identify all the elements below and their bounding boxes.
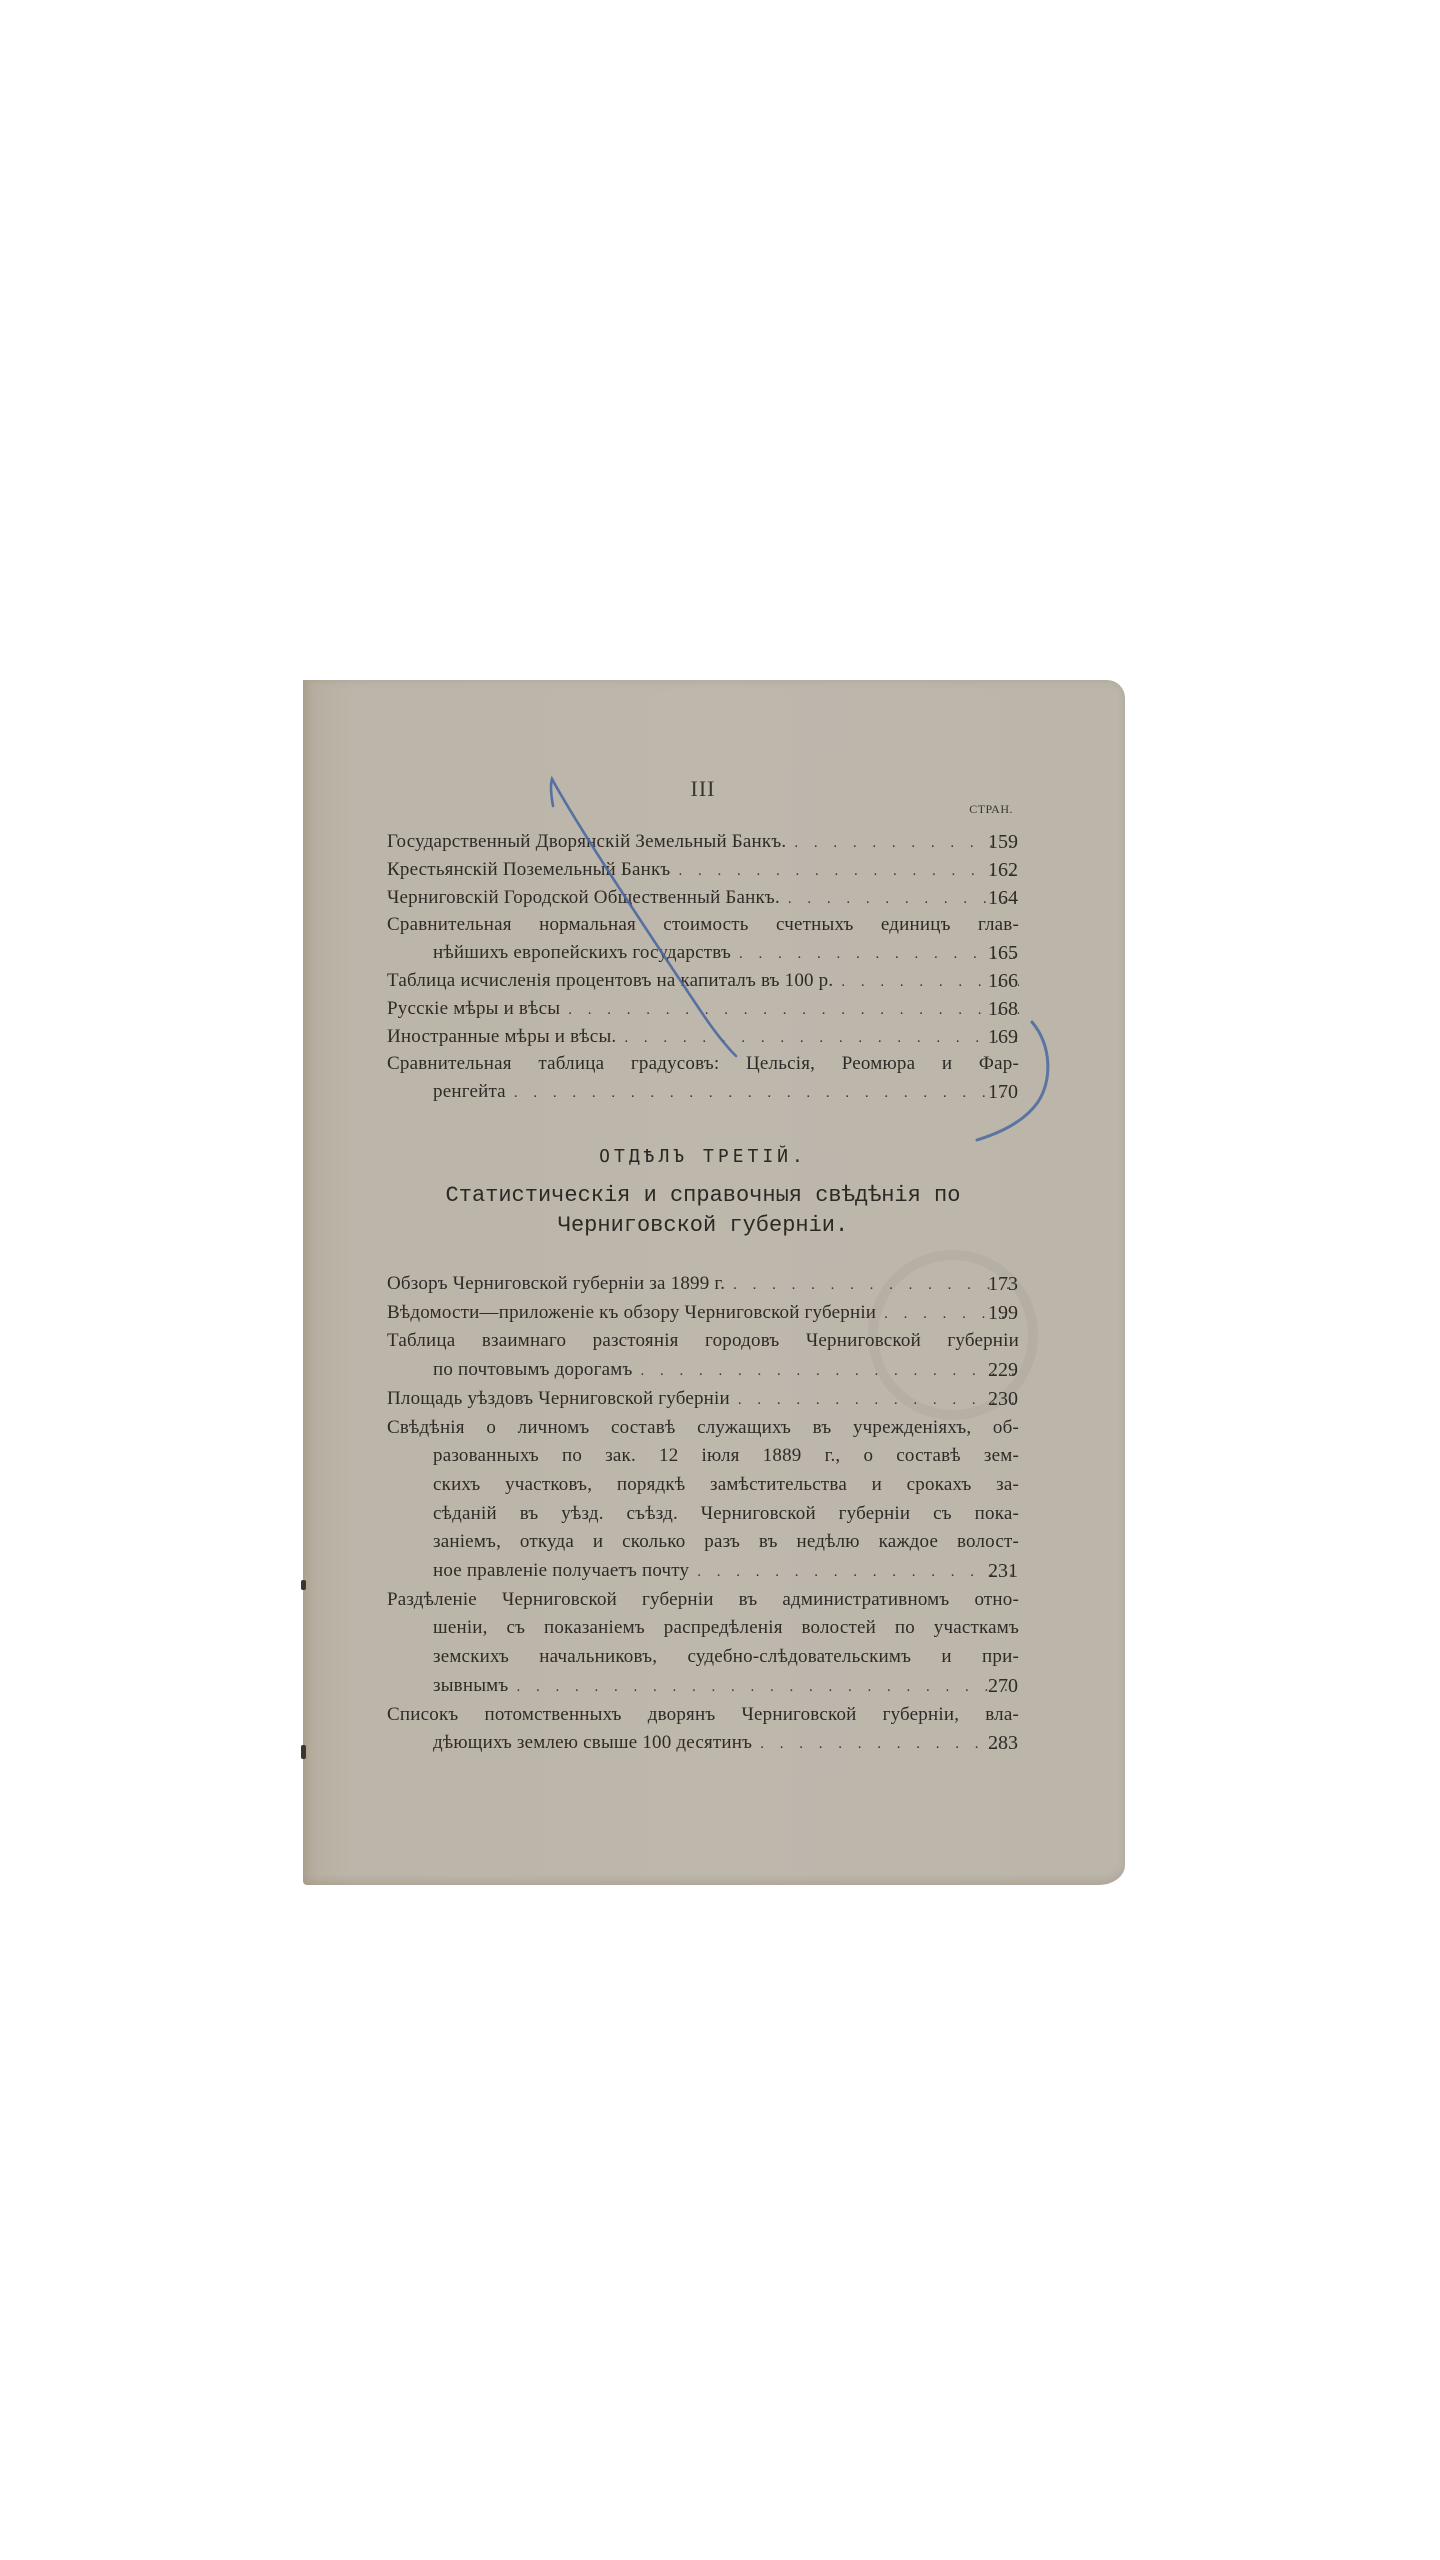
toc-entry-line: сѣданій въ уѣзд. съѣзд. Черниговской губ…	[433, 1501, 1019, 1527]
toc-entry-text: Сравнительная нормальная стоимость счетн…	[387, 912, 1019, 938]
toc-entry-line: Иностранные мѣры и вѣсы.	[387, 1024, 1019, 1050]
toc-entry-text: Таблица исчисленія процентовъ на капитал…	[387, 968, 833, 994]
dot-leader	[733, 1272, 1019, 1298]
toc-entry-text: ренгейта	[433, 1079, 506, 1105]
toc-entry-line: разованныхъ по зак. 12 іюля 1889 г., о с…	[433, 1443, 1019, 1469]
toc-entry-text: зывнымъ	[433, 1673, 508, 1699]
toc-entry-text: сѣданій въ уѣзд. съѣзд. Черниговской губ…	[433, 1501, 1019, 1527]
toc-entry-text: ное правленіе получаетъ почту	[433, 1558, 689, 1584]
toc-entry-text: скихъ участковъ, порядкѣ замѣстительства…	[433, 1472, 1019, 1498]
book-page: III СТРАН. 159Государственный Дворянскій…	[303, 680, 1125, 1885]
page-folio-number: III	[303, 776, 1103, 802]
toc-entry-text: нѣйшихъ европейскихъ государствъ	[433, 940, 731, 966]
toc-entry-text: заніемъ, откуда и сколько разъ въ недѣлю…	[433, 1529, 1019, 1555]
toc-entry-text: земскихъ начальниковъ, судебно-слѣдовате…	[433, 1644, 1019, 1670]
dot-leader	[738, 1387, 1019, 1413]
toc-entry-text: Вѣдомости—приложеніе къ обзору Черниговс…	[387, 1300, 876, 1326]
toc-entry-line: Площадь уѣздовъ Черниговской губерніи	[387, 1386, 1019, 1412]
toc-entry-line: Таблица исчисленія процентовъ на капитал…	[387, 968, 1019, 994]
section-three-subtitle-line1: Статистическія и справочныя свѣдѣнія по	[303, 1183, 1103, 1208]
dot-leader	[514, 1080, 1019, 1106]
toc-entry-text: разованныхъ по зак. 12 іюля 1889 г., о с…	[433, 1443, 1019, 1469]
toc-entry-line: ное правленіе получаетъ почту	[433, 1558, 1019, 1584]
section-three-subtitle-line2: Черниговской губерніи.	[303, 1213, 1103, 1238]
toc-entry-line: Свѣдѣнія о личномъ составѣ служащихъ въ …	[387, 1415, 1019, 1441]
toc-entry-line: Сравнительная нормальная стоимость счетн…	[387, 912, 1019, 938]
toc-entry-line: нѣйшихъ европейскихъ государствъ	[433, 940, 1019, 966]
toc-entry-line: Таблица взаимнаго разстоянія городовъ Че…	[387, 1328, 1019, 1354]
toc-entry-line: по почтовымъ дорогамъ	[433, 1357, 1019, 1383]
toc-entry-text: Иностранные мѣры и вѣсы.	[387, 1024, 616, 1050]
toc-entry-line: Государственный Дворянскій Земельный Бан…	[387, 829, 1019, 855]
toc-entry-text: Списокъ потомственныхъ дворянъ Черниговс…	[387, 1702, 1019, 1728]
toc-entry-line: шеніи, съ показаніемъ распредѣленія воло…	[433, 1615, 1019, 1641]
toc-entry-text: Раздѣленіе Черниговской губерніи въ адми…	[387, 1587, 1019, 1613]
page-edge-mark	[301, 1580, 306, 1590]
toc-entry-line: Русскіе мѣры и вѣсы	[387, 996, 1019, 1022]
toc-entry-text: Сравнительная таблица градусовъ: Цельсія…	[387, 1051, 1019, 1077]
toc-entry-line: земскихъ начальниковъ, судебно-слѣдовате…	[433, 1644, 1019, 1670]
section-three-title: ОТДѢЛЪ ТРЕТІЙ.	[303, 1146, 1103, 1167]
dot-leader	[678, 858, 1019, 884]
toc-entry-text: Крестьянскій Поземельный Банкъ	[387, 857, 670, 883]
toc-entry-line: скихъ участковъ, порядкѣ замѣстительства…	[433, 1472, 1019, 1498]
toc-entry-text: по почтовымъ дорогамъ	[433, 1357, 632, 1383]
toc-entry-line: Черниговскій Городской Общественный Банк…	[387, 885, 1019, 911]
toc-entry-text: дѣющихъ землею свыше 100 десятинъ	[433, 1730, 752, 1756]
dot-leader	[841, 969, 1019, 995]
dot-leader	[884, 1301, 1019, 1327]
toc-entry-text: Площадь уѣздовъ Черниговской губерніи	[387, 1386, 730, 1412]
dot-leader	[516, 1674, 1019, 1700]
toc-entry-line: дѣющихъ землею свыше 100 десятинъ	[433, 1730, 1019, 1756]
toc-entry-line: заніемъ, откуда и сколько разъ въ недѣлю…	[433, 1529, 1019, 1555]
toc-entry-text: Русскіе мѣры и вѣсы	[387, 996, 560, 1022]
toc-entry-text: Таблица взаимнаго разстоянія городовъ Че…	[387, 1328, 1019, 1354]
toc-entry-text: Свѣдѣнія о личномъ составѣ служащихъ въ …	[387, 1415, 1019, 1441]
toc-entry-line: Раздѣленіе Черниговской губерніи въ адми…	[387, 1587, 1019, 1613]
toc-entry-line: Списокъ потомственныхъ дворянъ Черниговс…	[387, 1702, 1019, 1728]
dot-leader	[640, 1358, 1019, 1384]
toc-entry-text: Черниговскій Городской Общественный Банк…	[387, 885, 780, 911]
toc-entry-line: Крестьянскій Поземельный Банкъ	[387, 857, 1019, 883]
toc-entry-line: зывнымъ	[433, 1673, 1019, 1699]
dot-leader	[697, 1559, 1019, 1585]
dot-leader	[624, 1025, 1019, 1051]
toc-entry-line: Вѣдомости—приложеніе къ обзору Черниговс…	[387, 1300, 1019, 1326]
toc-entry-text: Обзоръ Черниговской губерніи за 1899 г.	[387, 1271, 725, 1297]
page-column-header: СТРАН.	[969, 802, 1013, 817]
dot-leader	[760, 1731, 1019, 1757]
dot-leader	[794, 830, 1019, 856]
page-edge-mark	[301, 1745, 306, 1759]
dot-leader	[788, 886, 1019, 912]
dot-leader	[739, 941, 1019, 967]
toc-entry-text: шеніи, съ показаніемъ распредѣленія воло…	[433, 1615, 1019, 1641]
dot-leader	[568, 997, 1019, 1023]
toc-entry-text: Государственный Дворянскій Земельный Бан…	[387, 829, 786, 855]
toc-entry-line: Сравнительная таблица градусовъ: Цельсія…	[387, 1051, 1019, 1077]
toc-entry-line: ренгейта	[433, 1079, 1019, 1105]
toc-entry-line: Обзоръ Черниговской губерніи за 1899 г.	[387, 1271, 1019, 1297]
